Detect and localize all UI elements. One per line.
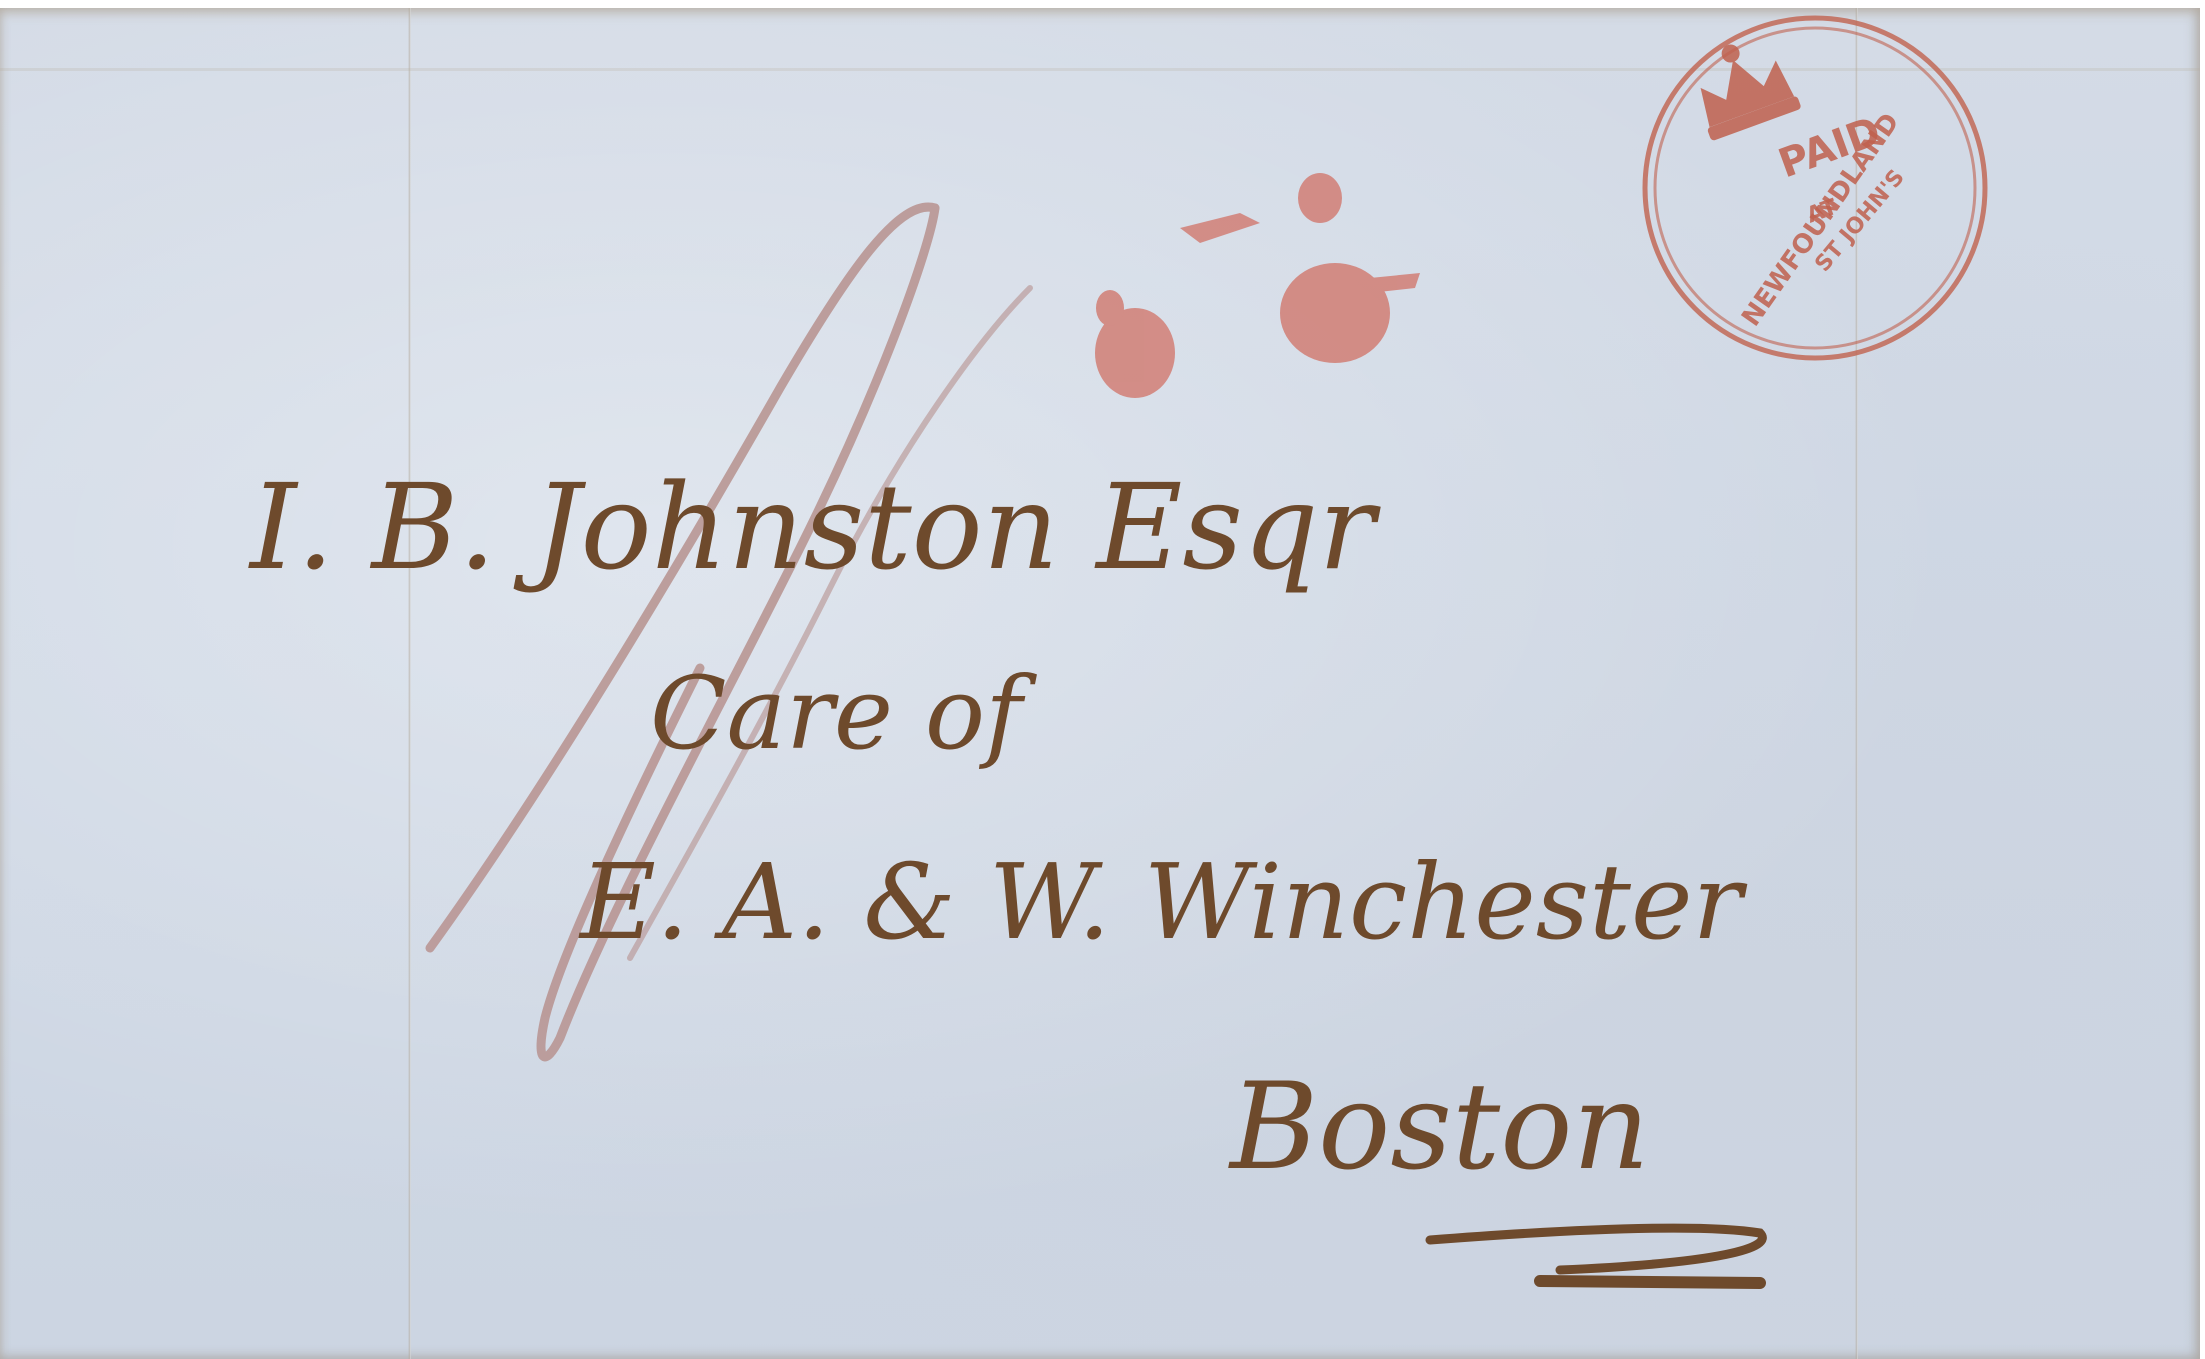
red-smudge-marks [1095, 173, 1420, 398]
boston-underline [1430, 1228, 1762, 1283]
address-line-3: E. A. & W. Winchester [578, 841, 1748, 963]
address-line-2: Care of [650, 655, 1037, 772]
address-line-1: I. B. Johnston Esqr [248, 458, 1381, 596]
address-line-4: Boston [1228, 1058, 1650, 1197]
cover-artwork: PAID AT ST JOHN'S NEWFOUNDLAND I. B. Joh… [0, 8, 2200, 1359]
letter-cover: PAID AT ST JOHN'S NEWFOUNDLAND I. B. Joh… [0, 8, 2200, 1359]
postmark: PAID AT ST JOHN'S NEWFOUNDLAND [1645, 18, 1985, 358]
